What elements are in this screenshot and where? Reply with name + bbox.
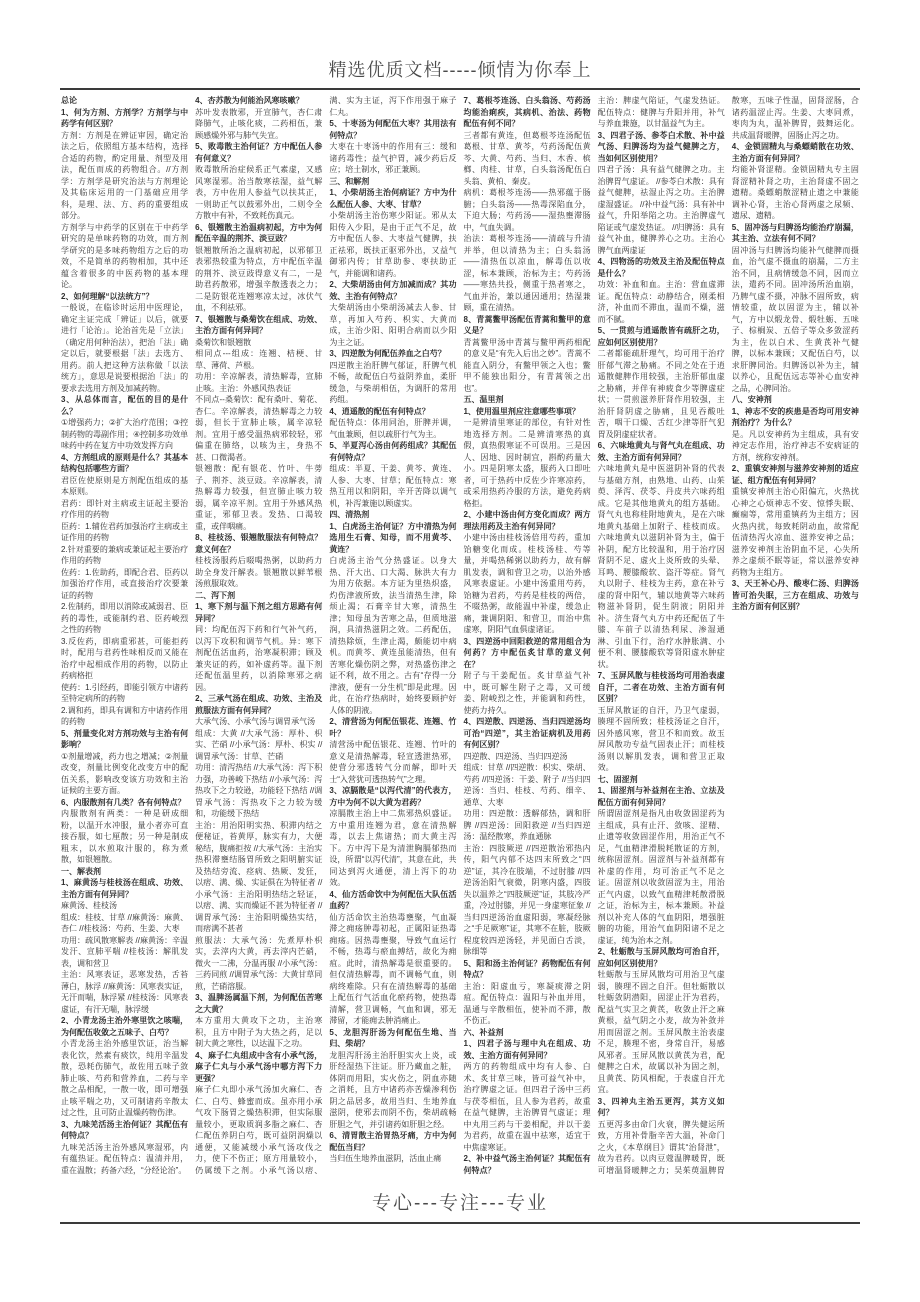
paragraph: 1、固涩剂与补益剂在主治、立法及配伍方面有何异同？ [598, 785, 725, 808]
paragraph: 银翘散所治之温病初起，以邪郁卫表邪热较重为特点，方中配伍辛温的荆芥、淡豆豉得意义… [195, 245, 322, 314]
paragraph: 败毒散所治症候系正气素虚，又感风寒湿邪。治当散寒祛湿，益气解表，方中佐用人参益气… [195, 164, 322, 222]
paragraph: 3、九味羌活汤主治何证？其配伍有何特点？ [61, 1119, 188, 1142]
paragraph: 同：均配伍泻下药和行气补气药，以泻下攻积和调节气机。异：寒下剂配伍活血药，治寒凝… [195, 624, 322, 693]
paragraph: 一是辨清里寒证的部位，有针对性地选择方剂。二是辨清寒热的真假，真热假寒证不可误用… [463, 417, 590, 509]
paragraph: 主治：风寒表证，恶寒发热，舌苔薄白，脉浮 //麻黄汤：风寒表实证，无汗而喘，脉浮… [61, 969, 188, 1015]
paragraph: 1、白虎汤主治何证？方中清热为何选用生石膏、知母，而不用黄芩、黄连？ [329, 521, 456, 556]
paragraph: 1、小柴胡汤主治何病证？方中为什么配伍人参、大枣、甘草？ [329, 187, 456, 210]
paragraph: 六味地黄丸是中医滋阴补肾的代表与基础方剂，由熟地、山药、山茱萸、泽泻、茯苓、丹皮… [598, 463, 725, 670]
paragraph: 7、玉屏风散与桂枝汤均可用治表虚自汗，二者在功效、主治方面有何区别？ [598, 670, 725, 705]
paragraph: 桑菊饮和银翘散 [195, 337, 322, 349]
paragraph: 2、重镇安神剂与滋养安神剂的适应证、组方配伍有何异同？ [732, 463, 859, 486]
paragraph: 附子与干姜配伍。炙甘草益气补中，既可解生附子之毒，又可缓姜、附峻烈之性，并能调和… [463, 670, 590, 716]
paragraph: 4、四逆散、四逆汤、当归四逆汤均可治“四逆”，其主治证病机及用药有何区别？ [463, 716, 590, 751]
paragraph: 八、安神剂 [732, 394, 859, 406]
paragraph: 四逆散主治肝脾气郁证，肝脾气机不畅，故配伍白芍益阴养血，柔肝缓急，与柴胡相伍，为… [329, 360, 456, 406]
paragraph: 1、寒下剂与温下剂之组方思路有何异同？ [195, 601, 322, 624]
paragraph: 九味羌活汤主治外感风寒湿邪，内有蕴热证。配伍特点：温清并用，重在温散；药备六经，… [61, 1142, 188, 1177]
paragraph: 2、补中益气汤主治何证？其配伍有何特点？ [463, 1153, 590, 1176]
paragraph: 5、固冲汤与归脾汤均能治疗崩漏，其主治、立法有何不同？ [732, 222, 859, 245]
paragraph: 2、三承气汤在组成、功效、主治及煎服法方面有何异同？ [195, 693, 322, 716]
paragraph: 牡蛎散与玉屏风散均可用治卫气虚弱，腠理不固之自汗。但牡蛎散以牡蛎敛阴潜阳，固涩止… [598, 969, 725, 1096]
paragraph: 桂枝汤服药后啜喝热粥，以助药力助全身发汗解表。银翘散以鲜苇根汤煎服取效。 [195, 555, 322, 590]
paragraph: 一、解表剂 [61, 866, 188, 878]
paragraph: 大枣在十枣汤中的作用有三：缓和诸药毒性；益气护胃，减少药后反应；培土制水，邪正兼… [329, 141, 456, 176]
paragraph: 6、六味地黄丸与肾气丸在组成、功效、主治方面有何异同？ [598, 440, 725, 463]
paragraph: 相同点---组成：连翘、桔梗、甘草、薄荷、芦根。 [195, 348, 322, 371]
paragraph: 3、温脾汤属温下剂，为何配伍苦寒之大黄？ [195, 992, 322, 1015]
paragraph: 清营汤中配伍银花、连翘、竹叶的意义是清热解毒，轻宣透泄热邪，使营分邪透转气分而解… [329, 739, 456, 785]
paragraph: 配伍特点：体用同治，肝脾并调，气血兼顾，但以疏肝行气为主。 [329, 417, 456, 440]
paragraph: 本方重用大黄攻下之功，主治寒积，且方中附子为大热之药，足以制大黄之寒性，以达温下… [195, 1015, 322, 1050]
paragraph: 2、小建中汤由何方变化而成？两方理法用药及主治有何异同？ [463, 509, 590, 532]
paragraph: 二、泻下剂 [195, 590, 322, 602]
paragraph: 4、杏苏散为何能治风寒咳嗽？ [195, 95, 322, 107]
paragraph: 是。凡以安神药为主组成，具有安神定志作用，治疗神志不安病证的方剂，统称安神剂。 [732, 429, 859, 464]
paragraph: 大柴胡汤由小柴胡汤减去人参、甘草，再加入芍药、枳实、大黄而成，主治少阳、阳明合病… [329, 302, 456, 348]
paragraph: 仙方活命饮主治热毒壅聚，气血凝滞之痈疡肿毒初起，正属阳证热毒痈疡。因热毒壅聚，导… [329, 912, 456, 1027]
paragraph: 三者都有黄连，但葛根芩连汤配伍葛根、甘草、黄芩，芍药汤配伍黄芩、大黄、芍药、当归… [463, 130, 590, 188]
paragraph: 功用：疏风散寒解表 //麻黄汤：辛温发汗、宣肺平喘 //桂枝汤：解肌发表，调和营… [61, 935, 188, 970]
paragraph: 1、四君子汤与理中丸在组成、功效、主治方面有何异同？ [463, 1038, 590, 1061]
paragraph: 5、阳和汤主治何证？药物配伍有何特点？ [463, 958, 590, 981]
paragraph: 小建中汤由桂枝汤倍用芍药，重加饴糖变化而成。桂枝汤桂、芍等量，并喝热稀粥以助药力… [463, 532, 590, 636]
paragraph: 2、小青龙汤主治外寒里饮之咳喘，为何配伍收敛之五味子、白芍？ [61, 1015, 188, 1038]
paragraph: 1、使用温里剂应注意哪些事项？ [463, 406, 590, 418]
header-divider-line [60, 88, 860, 90]
paragraph: 五、温里剂 [463, 394, 590, 406]
paragraph: 4、金锁固精丸与桑螵蛸散在功效、主治方面有何异同？ [732, 141, 859, 164]
paragraph: 四逆散、四逆汤、当归四逆汤 [463, 751, 590, 763]
paragraph: 凉膈散主治上中二焦邪热炽盛证。方中重用连翘为君，意在清热解毒，以去上焦诸热；而大… [329, 808, 456, 889]
paragraph: 3、四神丸主治五更泻，其方义如何？ [598, 1096, 725, 1119]
document-page: 精选优质文档-----倾情为你奉上 总论1、何为方剂、方剂学？方剂学与中药学有何… [0, 0, 920, 1302]
paragraph: 内服散剂有两类：一种是研成细粉，以温开水冲服，量小者亦可直接吞服，如七厘散；另一… [61, 808, 188, 866]
paragraph: 8、桂枝汤、银翘散服法有何特点？意义何在？ [195, 532, 322, 555]
paragraph: 5、败毒散主治何证？方中配伍人参有何意义？ [195, 141, 322, 164]
paragraph: 2.调和药，即具有调和方中诸药作用的药物 [61, 705, 188, 728]
paragraph: 功用：辛凉解表，清热解毒，宣肺止咳。主治：外感风热表证 [195, 371, 322, 394]
paragraph: 主治：阳虚血亏，寒凝痰滞之阴疽。配伍特点：温阳与补血并用，温通与辛散相伍，使补而… [463, 981, 590, 1027]
paragraph: 煎服法：大承气汤：先煮厚朴枳实，去滓内大黄，再去滓内芒硝，微火一二沸，分温再服 … [195, 935, 322, 993]
paragraph: 4、四物汤的功效及主治及配伍特点是什么？ [598, 256, 725, 279]
paragraph: 4、麻子仁丸组成中含有小承气汤，麻子仁丸与小承气汤中哪方泻下力更强？ [195, 1050, 322, 1085]
paragraph: 6、清胃散主治胃热牙痛，方中为何配伍当归？ [329, 1130, 456, 1153]
paragraph: 组成：桂枝、甘草 //麻黄汤：麻黄、杏仁 //桂枝汤：芍药、生姜、大枣 [61, 912, 188, 935]
paragraph: 两方的药物组成中均有人参、白术、炙甘草三味，皆可益气补中，治疗脾虚之证。但四君子… [463, 1061, 590, 1153]
paragraph: 白虎汤主治气分热盛证。以身大热、汗大出、口大渴、脉洪大有力为用方依据。本方证为里… [329, 555, 456, 716]
page-footer-title: 专心---专注---专业 [60, 1188, 860, 1215]
paragraph: 当归伍生地养血滋阴，活血止痛 [329, 1153, 456, 1165]
paragraph: 功用：清泻热结 //大承气汤：泻下积力强，功善峻下热结 //小承气汤：泻热攻下之… [195, 762, 322, 820]
paragraph: 银翘散：配有银花、竹叶、牛蒡子、荆芥、淡豆豉。辛凉解表，清热解毒力较强，但宣肺止… [195, 463, 322, 532]
paragraph: 六、补益剂 [463, 1027, 590, 1039]
paragraph: 一般说，在临诊时运用中医理论，确定主证完成「辨证」以后，就要进行「论治」。论治首… [61, 302, 188, 394]
paragraph: 6、银翘散主治温病初起，方中为何配伍辛温的荆芥、淡豆豉？ [195, 222, 322, 245]
paragraph: 所谓固涩剂是指凡由收敛固涩药为主组成，具有止汗、敛咳、涩精、止遗等收敛固涩作用，… [598, 808, 725, 946]
paragraph: 组成：甘草 //四逆散：枳实、柴胡、芍药 //四逆汤：干姜、附子 //当归四逆汤… [463, 762, 590, 808]
paragraph: 龙胆泻肝汤主治肝胆实火上炎，或肝经湿热下注证。肝乃藏血之脏，体阴而用阳，实火伤之… [329, 1050, 456, 1131]
paragraph: 4、仙方活命饮中为何配伍大队伍活血药？ [329, 889, 456, 912]
paragraph: 主治：脾虚气陷证，气虚发热证。配伍特点：健脾与升阳并用，补气与养血兼施，以甘温益… [598, 95, 725, 130]
paragraph: 5、一贯煎与逍遥散皆有疏肝之功，应如何区别使用？ [598, 325, 725, 348]
paragraph: 1、麻黄汤与桂枝汤在组成、功效、主治方面有何异同？ [61, 877, 188, 900]
paragraph: 重镇安神剂主治心阳偏亢，火热扰心神之心烦神志不安、惊悸失眠、癫痫等，常用重镇药为… [732, 486, 859, 578]
paragraph: 主治：四肢厥逆 //四逆散治邪热内传，阳气内郁不达四末所致之“四逆”证，其冷在肢… [463, 843, 590, 958]
paragraph: 3、四逆汤中回阳救逆的常用组合为何药？方中配伍炙甘草的意义何在？ [463, 636, 590, 671]
paragraph: 2.佐制药，即用以消除或减弱君、臣药的毒性，或能制约君、臣药峻烈之性的药物 [61, 601, 188, 636]
paragraph: 方剂：方剂是在辨证审因，确定治法之后，依照组方基本结构，选择合适的药物，酌定用量… [61, 130, 188, 222]
paragraph: 四君子汤：具有益气健脾之功。主治脾胃气虚证。 //参苓白术散：具有益气健脾，祛湿… [598, 164, 725, 256]
paragraph: 功用：四逆散：透解郁热，调和肝脾 //四逆汤：回阳救逆 //当归四逆汤：温经散寒… [463, 808, 590, 843]
footer-divider-line [60, 1222, 860, 1224]
paragraph: 青蒿鳖甲汤中青蒿与鳖甲两药相配的意义是“有先入后出之妙”。青蒿不能直入阴分，有鳖… [463, 337, 590, 395]
paragraph: 1、神志不安的疾患是否均可用安神剂治疗？为什么？ [732, 406, 859, 429]
paragraph: 使药：1.引经药，即能引领方中诸药至特定病所的药物 [61, 682, 188, 705]
paragraph: 3、凉膈散是“以泻代清”的代表方，方中为何不以大黄为君药？ [329, 785, 456, 808]
paragraph: ①剂量增减，药力也之增减；②剂量改变，剂量比例变化改变方中的配伍关系，影响改变该… [61, 751, 188, 797]
document-body-columns: 总论1、何为方剂、方剂学？方剂学与中药学有何区别？方剂：方剂是在辨证审因，确定治… [61, 95, 859, 1187]
paragraph: 2、大柴胡汤由何方加减而成？其功效、主治有何特点？ [329, 279, 456, 302]
paragraph: 2.针对重要的兼病或兼证起主要治疗作用的药物 [61, 544, 188, 567]
paragraph: 3、四逆散为何配伍养血之白芍？ [329, 348, 456, 360]
paragraph: 佐药：1.佐助药，即配合君、臣药以加强治疗作用，或直接治疗次要兼证的药物 [61, 567, 188, 602]
paragraph: 君臣佐使原则是方剂配伍组成的基本原则。 [61, 475, 188, 498]
paragraph: 4、逍遥散的配伍有何特点？ [329, 406, 456, 418]
paragraph: 7、葛根芩连汤、白头翁汤、芍药汤均能治痢疾，其病机、治法、药物配伍有何不同？ [463, 95, 590, 130]
paragraph: 7、银翘散与桑菊饮在组成、功效、主治方面有何异同？ [195, 314, 322, 337]
paragraph: 均能补肾涩精。金锁固精丸专主固肾涩精补肾之功，主治肾虚不固之遗精。桑螵蛸散涩精止… [732, 164, 859, 222]
paragraph: 3、天王补心丹、酸枣仁汤、归脾汤皆可治失眠，三方在组成、功效与主治方面有何区别？ [732, 578, 859, 613]
paragraph: 不同点--桑菊饮：配有桑叶、菊花、杏仁。辛凉解表，清热解毒之力较弱，但长于宣肺止… [195, 394, 322, 463]
paragraph: 5、半夏泻心汤由何药组成？其配伍有何特点？ [329, 440, 456, 463]
paragraph: 方剂学与中药学的区别在于中药学研究的是单味药物的功效，而方剂学研究的是多味药物组… [61, 222, 188, 291]
paragraph: 固冲汤与归脾汤均能补气健脾而摄血，治气虚不摄血的崩漏，二方主治不同，且病情缓急不… [732, 245, 859, 395]
paragraph: 二者都能疏肝理气，均可用于治疗肝郁气滞之胁痛。不同之处在于逍遥散健脾作用较强，主… [598, 348, 725, 440]
paragraph: 大承气汤、小承气汤与调胃承气汤 [195, 716, 322, 728]
paragraph: 小柴胡汤主治伤寒少阳证。邪从太阳传入少阳，是由于正气不足，故方中配伍人参、大枣益… [329, 210, 456, 279]
paragraph: 小青龙汤主治外感里饮证，治当解表化饮，然素有痰饮，纯用辛温发散，恐耗伤肺气，故佐… [61, 1038, 188, 1119]
paragraph: 2、如何理解“以法统方”？ [61, 291, 188, 303]
paragraph: 病机：葛根芩连汤——热邪蕴于肠腑；白头翁汤——热毒深陷血分，下迫大肠；芍药汤——… [463, 187, 590, 233]
paragraph: 治法：葛根芩连汤——清疏与升清并举，但以清热为主；白头翁汤——清热伍以凉血，解毒… [463, 233, 590, 314]
paragraph: 主治：用治阳明实热、积滞内结之便秘证，苔黄厚，脉实有力，大便秘结，腹痛拒按 //… [195, 820, 322, 935]
paragraph: 3.反佐药，即病重邪甚，可能拒药时，配用与君药性味相反而又能在治疗中起相成作用的… [61, 636, 188, 682]
paragraph: 玉屏风散证的自汗，乃卫气虚弱，腠理不固所致；桂枝汤证之自汗，因外感风寒，营卫不和… [598, 705, 725, 774]
paragraph: 三、和解剂 [329, 176, 456, 188]
paragraph: 2、清营汤为何配伍银花、连翘、竹叶？ [329, 716, 456, 739]
paragraph: 5、十枣汤为何配伍大枣？其用法有何特点？ [329, 118, 456, 141]
paragraph: 1、何为方剂、方剂学？方剂学与中药学有何区别？ [61, 107, 188, 130]
paragraph: 君药：即针对主病或主证起主要治疗作用的药物 [61, 498, 188, 521]
paragraph: 苏叶发表散邪，开宣肺气，杏仁肃降肺气，止咳化痰，二药相伍，兼顾感燥外邪与肺气失宣… [195, 107, 322, 142]
paragraph: 七、固涩剂 [598, 774, 725, 786]
paragraph: 四、清热剂 [329, 509, 456, 521]
paragraph: 总论 [61, 95, 188, 107]
paragraph: 2、牡蛎散与玉屏风散均可治自汗，应如何区别使用？ [598, 946, 725, 969]
paragraph: 5、龙胆泻肝汤为何配伍生地、当归、柴胡？ [329, 1027, 456, 1050]
paragraph: 功效：补血和血。主治：营血虚滞证。配伍特点：动静结合，刚柔相济，补血而不滞血，温… [598, 279, 725, 325]
paragraph: 4、方剂组成的原则是什么？其基本结构包括哪些方面？ [61, 452, 188, 475]
paragraph: 8、青蒿鳖甲汤配伍青蒿和鳖甲的意义是？ [463, 314, 590, 337]
paragraph: 3、从总体而言，配伍的目的是什么？ [61, 394, 188, 417]
paragraph: 5、剂量变化对方剂功效与主治有何影响？ [61, 728, 188, 751]
paragraph: 组成：半夏、干姜、黄芩、黄连、人参、大枣、甘草；配伍特点：寒热互用以和阴阳，辛开… [329, 463, 456, 509]
page-header-title: 精选优质文档-----倾情为你奉上 [60, 56, 860, 82]
paragraph: 组成：大黄 //大承气汤：厚朴、枳实、芒硝 //小承气汤：厚朴、枳实 //调胃承… [195, 728, 322, 763]
paragraph: 6、内服散剂有几类？各有何特点？ [61, 797, 188, 809]
paragraph: 麻黄汤、桂枝汤 [61, 900, 188, 912]
paragraph: 臣药：1.辅佐君药加强治疗主病或主证作用的药物 [61, 521, 188, 544]
paragraph: ①增强药力；②扩大治疗范围；③控制药物的毒副作用；④控制多功效单味药中药在复方中… [61, 417, 188, 452]
paragraph: 3、四君子汤、参苓白术散、补中益气汤、归脾汤均为益气健脾之方，当如何区别使用？ [598, 130, 725, 165]
